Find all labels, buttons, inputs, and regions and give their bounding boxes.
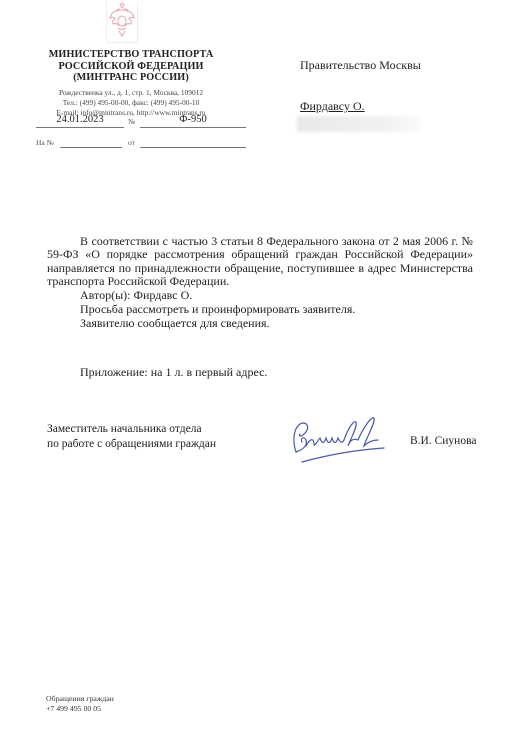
org-name-line3: (МИНТРАНС РОССИИ) — [20, 72, 242, 84]
handwritten-signature-icon — [284, 410, 394, 475]
number-label: № — [128, 117, 135, 126]
reference-number-label: На № — [36, 138, 54, 147]
registration-row: 24.01.2023 № Ф-950 — [36, 113, 246, 129]
org-address: Рождественка ул., д. 1, стр. 1, Москва, … — [20, 88, 242, 98]
document-number: Ф-950 — [140, 113, 246, 128]
coat-of-arms-icon — [106, 2, 138, 43]
addressee-organization: Правительство Москвы — [300, 58, 421, 73]
body-paragraph: В соответствии с частью 3 статьи 8 Федер… — [47, 235, 473, 289]
document-date: 24.01.2023 — [36, 113, 124, 128]
org-name-line2: РОССИЙСКОЙ ФЕДЕРАЦИИ — [20, 61, 242, 73]
footer-contact: Обращения граждан +7 499 495 00 05 — [46, 694, 114, 714]
addressee-recipient: Фирдавсу О. — [300, 99, 365, 114]
redacted-address — [297, 116, 422, 132]
org-phones: Тел.: (499) 495-00-00, факс: (499) 495-0… — [20, 98, 242, 108]
signer-name: В.И. Сиунова — [410, 435, 476, 447]
reference-number-blank — [60, 136, 122, 148]
letterhead: МИНИСТЕРСТВО ТРАНСПОРТА РОССИЙСКОЙ ФЕДЕР… — [20, 49, 242, 118]
signer-title-line2: по работе с обращениями граждан — [47, 437, 216, 452]
org-name-line1: МИНИСТЕРСТВО ТРАНСПОРТА — [20, 49, 242, 61]
body-attachment: Приложение: на 1 л. в первый адрес. — [80, 366, 267, 379]
body-author: Автор(ы): Фирдавс О. — [80, 289, 192, 302]
reference-row: На № от — [36, 136, 246, 150]
reference-from-label: от — [128, 138, 135, 147]
signer-title-line1: Заместитель начальника отдела — [47, 422, 216, 437]
reference-date-blank — [140, 136, 246, 148]
footer-phone: +7 499 495 00 05 — [46, 704, 114, 714]
body-notice: Заявителю сообщается для сведения. — [80, 317, 270, 330]
footer-department: Обращения граждан — [46, 694, 114, 704]
signer-title: Заместитель начальника отдела по работе … — [47, 422, 216, 451]
body-request: Просьба рассмотреть и проинформировать з… — [80, 303, 355, 316]
